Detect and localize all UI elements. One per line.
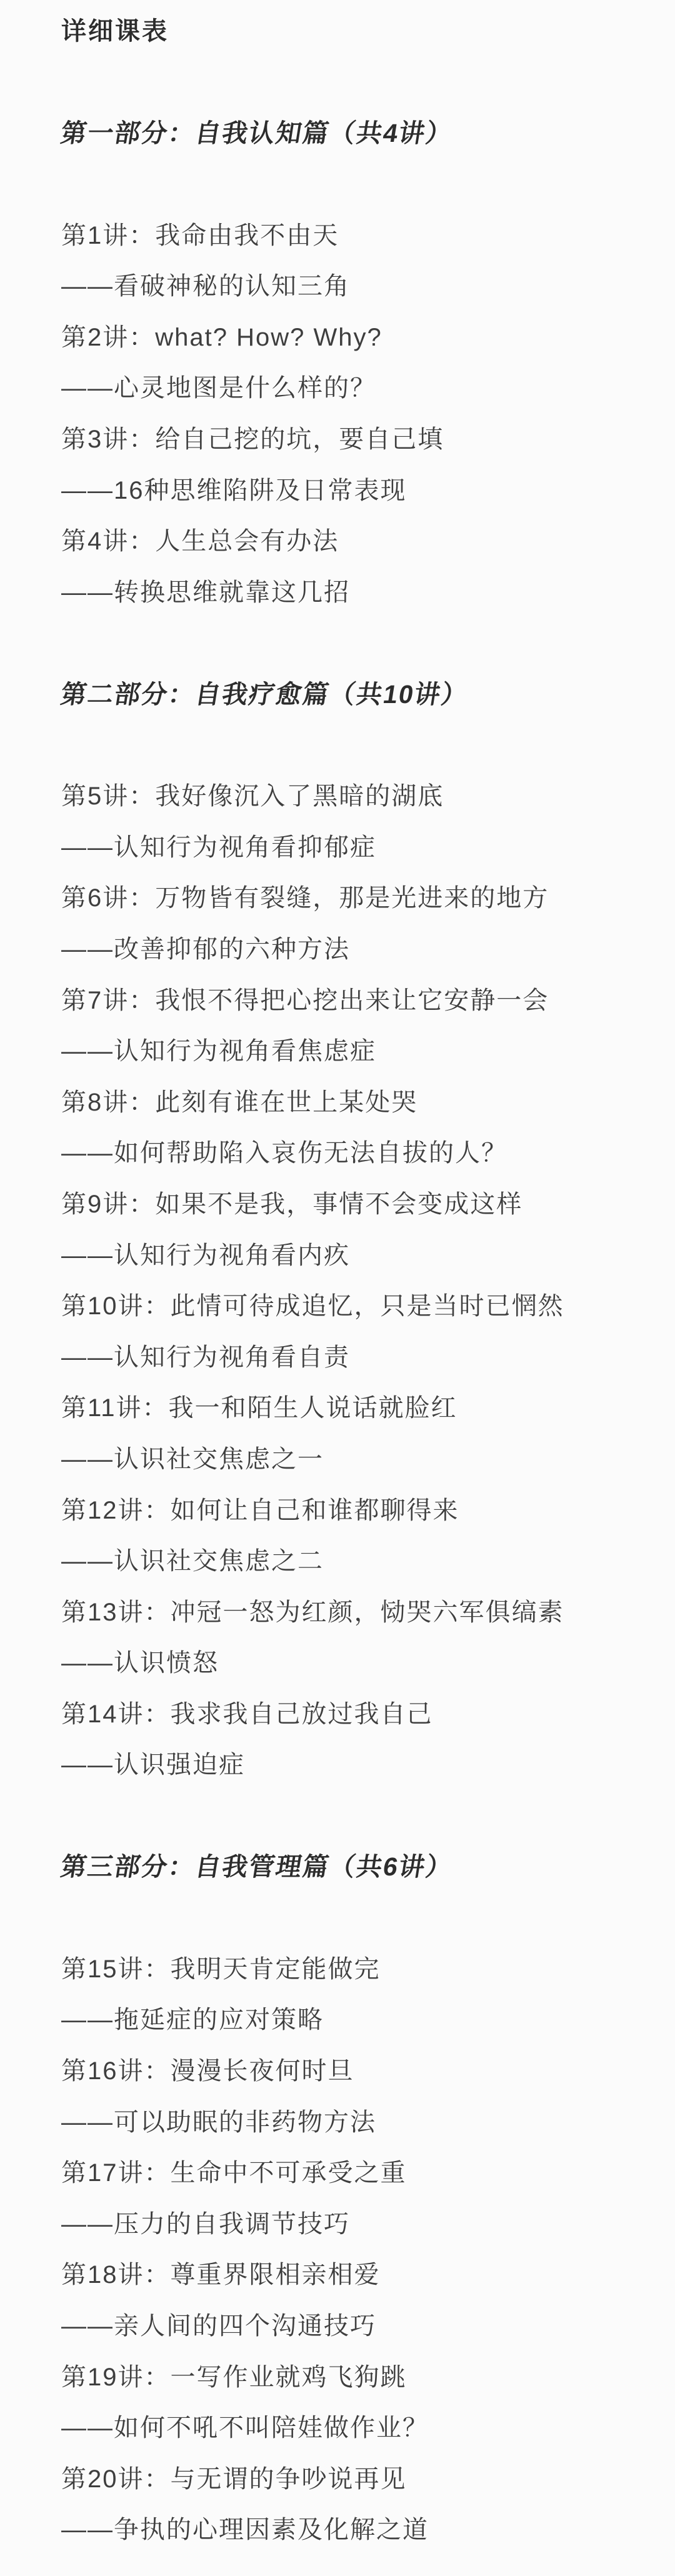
lecture-subtitle: ——认知行为视角看自责 [61,1329,650,1380]
lecture-title: 第11讲：我一和陌生人说话就脸红 [61,1380,650,1432]
lecture-title: 第7讲：我恨不得把心挖出来让它安静一会 [61,972,650,1024]
lecture-title: 第2讲：what? How? Why? [61,310,650,361]
lecture-title: 第15讲：我明天肯定能做完 [61,1942,650,1993]
lecture-title: 第10讲：此情可待成追忆，只是当时已惘然 [61,1279,650,1330]
lecture-title: 第20讲：与无谓的争吵说再见 [61,2452,650,2503]
lecture-subtitle: ——认知行为视角看焦虑症 [61,1024,650,1075]
lecture-subtitle: ——认识社交焦虑之二 [61,1534,650,1585]
lecture-title: 第9讲：如果不是我，事情不会变成这样 [61,1177,650,1228]
lecture-subtitle: ——认识社交焦虑之一 [61,1432,650,1483]
lecture-subtitle: ——看破神秘的认知三角 [61,259,650,310]
lecture-subtitle: ——如何帮助陷入哀伤无法自拔的人？ [61,1126,650,1177]
lecture-subtitle: ——认识强迫症 [61,1737,650,1789]
lecture-subtitle: ——压力的自我调节技巧 [61,2197,650,2248]
lecture-title: 第1讲：我命由我不由天 [61,207,650,259]
lecture-title: 第16讲：漫漫长夜何时旦 [61,2044,650,2095]
page-title: 详细课表 [61,4,650,55]
section-heading: 第一部分：自我认知篇（共4讲） [57,106,654,157]
lecture-subtitle: ——认知行为视角看抑郁症 [61,820,650,871]
lecture-title: 第17讲：生命中不可承受之重 [61,2145,650,2197]
lecture-title: 第6讲：万物皆有裂缝，那是光进来的地方 [61,871,650,922]
lecture-subtitle: ——可以助眠的非药物方法 [61,2094,650,2145]
lecture-subtitle: ——转换思维就靠这几招 [61,565,650,616]
lecture-title: 第14讲：我求我自己放过我自己 [61,1687,650,1738]
lecture-title: 第18讲：尊重界限相亲相爱 [61,2247,650,2299]
course-schedule-page: 详细课表 第一部分：自我认知篇（共4讲）第1讲：我命由我不由天——看破神秘的认知… [0,0,675,2576]
lecture-title: 第13讲：冲冠一怒为红颜，恸哭六军俱缟素 [61,1584,650,1635]
lecture-subtitle: ——争执的心理因素及化解之道 [61,2502,650,2554]
lecture-subtitle: ——亲人间的四个沟通技巧 [61,2299,650,2350]
spacer [61,55,650,106]
lecture-title: 第12讲：如何让自己和谁都聊得来 [61,1482,650,1534]
lecture-title: 第8讲：此刻有谁在世上某处哭 [61,1074,650,1126]
lecture-subtitle: ——认知行为视角看内疚 [61,1227,650,1279]
lecture-subtitle: ——如何不吼不叫陪娃做作业？ [61,2400,650,2452]
spacer [61,616,650,667]
spacer [61,1789,650,1840]
lecture-title: 第5讲：我好像沉入了黑暗的湖底 [61,769,650,820]
spacer [61,157,650,208]
lecture-subtitle: ——心灵地图是什么样的？ [61,361,650,412]
lecture-subtitle: ——改善抑郁的六种方法 [61,922,650,973]
lecture-title: 第3讲：给自己挖的坑，要自己填 [61,412,650,463]
lecture-subtitle: ——16种思维陷阱及日常表现 [61,462,650,514]
lecture-subtitle: ——拖延症的应对策略 [61,1992,650,2044]
spacer [61,1890,650,1942]
section-heading: 第二部分：自我疗愈篇（共10讲） [57,667,654,718]
lecture-subtitle: ——认识愤怒 [61,1635,650,1687]
spacer [61,717,650,769]
lecture-title: 第19讲：一写作业就鸡飞狗跳 [61,2349,650,2400]
sections-container: 第一部分：自我认知篇（共4讲）第1讲：我命由我不由天——看破神秘的认知三角第2讲… [61,55,650,2554]
lecture-title: 第4讲：人生总会有办法 [61,514,650,565]
section-heading: 第三部分：自我管理篇（共6讲） [57,1839,654,1890]
